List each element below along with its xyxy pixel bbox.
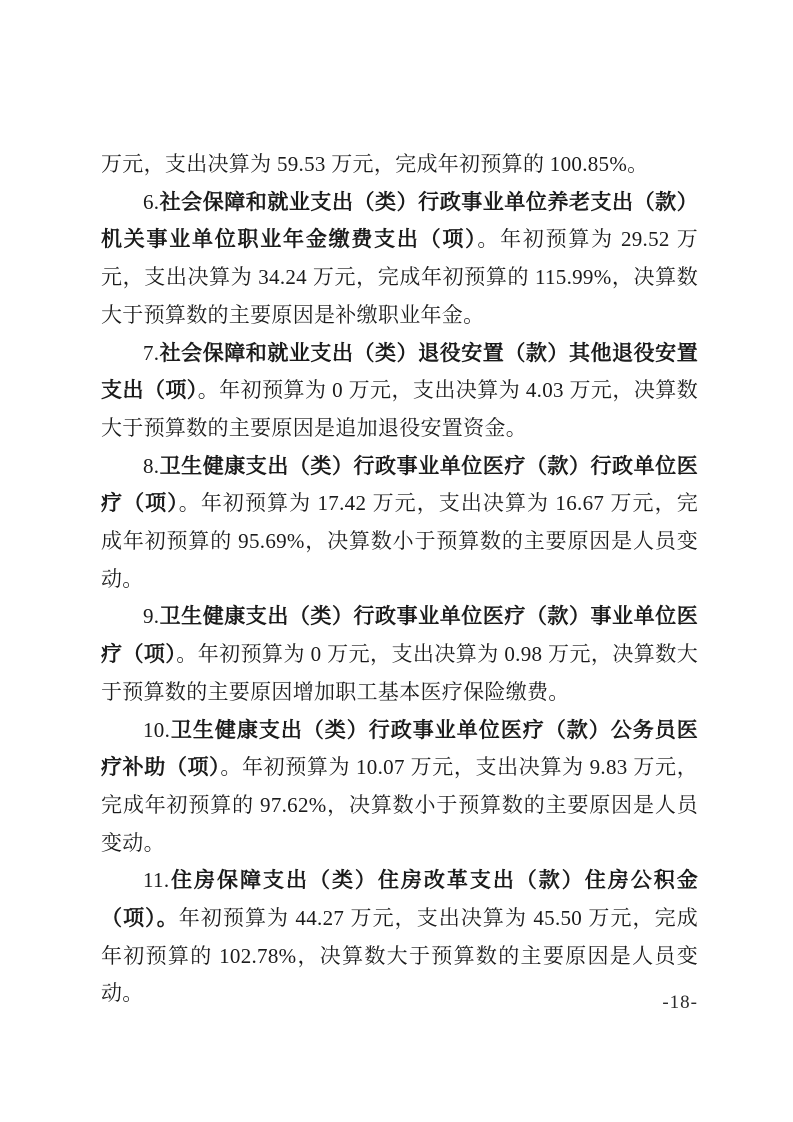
item-number: 8. [143,454,159,478]
item-body: 。年初预算为 17.42 万元，支出决算为 16.67 万元，完成年初预算的 9… [101,491,698,590]
budget-item-paragraph-10: 10.卫生健康支出（类）行政事业单位医疗（款）公务员医疗补助（项）。年初预算为 … [101,712,698,863]
budget-item-paragraph-6: 6.社会保障和就业支出（类）行政事业单位养老支出（款）机关事业单位职业年金缴费支… [101,184,698,335]
item-number: 7. [143,341,159,365]
continuation-paragraph: 万元，支出决算为 59.53 万元，完成年初预算的 100.85%。 [101,146,698,184]
budget-item-paragraph-11: 11.住房保障支出（类）住房改革支出（款）住房公积金（项）。年初预算为 44.2… [101,862,698,1013]
budget-item-paragraph-9: 9.卫生健康支出（类）行政事业单位医疗（款）事业单位医疗（项）。年初预算为 0 … [101,598,698,711]
budget-item-paragraph-8: 8.卫生健康支出（类）行政事业单位医疗（款）行政单位医疗（项）。年初预算为 17… [101,448,698,599]
item-number: 6. [143,190,159,214]
item-number: 10. [143,718,170,742]
item-number: 9. [143,604,159,628]
item-body: 。年初预算为 0 万元，支出决算为 0.98 万元，决算数大于预算数的主要原因增… [101,642,698,704]
budget-item-paragraph-7: 7.社会保障和就业支出（类）退役安置（款）其他退役安置支出（项）。年初预算为 0… [101,335,698,448]
document-text-block: 万元，支出决算为 59.53 万元，完成年初预算的 100.85%。 6.社会保… [101,146,698,1013]
item-body: 年初预算为 44.27 万元，支出决算为 45.50 万元，完成年初预算的 10… [101,906,698,1005]
page-number: -18- [662,992,698,1014]
item-number: 11. [143,868,169,892]
document-page: 万元，支出决算为 59.53 万元，完成年初预算的 100.85%。 6.社会保… [0,0,793,1122]
